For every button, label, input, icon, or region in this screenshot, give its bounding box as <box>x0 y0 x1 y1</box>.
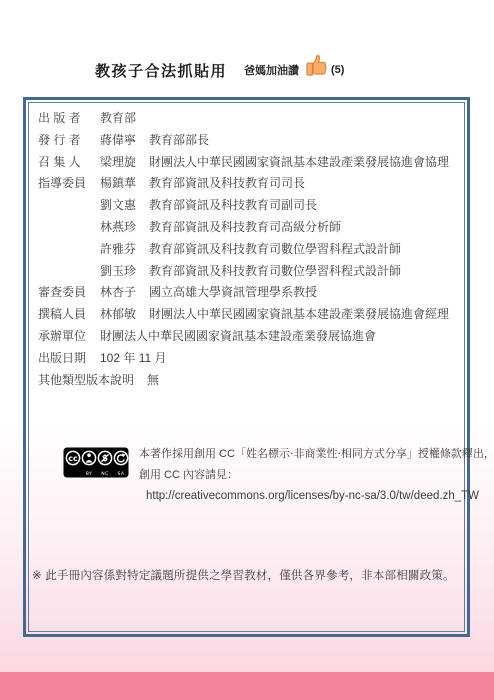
credit-name: 蔣偉寧 <box>100 130 136 152</box>
credit-row: 審查委員林杏子國立高雄大學資訊管理學系教授 <box>38 282 449 304</box>
credit-label: 發 行 者 <box>38 130 87 152</box>
license-section: cc $ BY NC SA <box>63 444 494 507</box>
credit-row: 出版日期102 年 11 月 <box>38 348 449 370</box>
credit-label: 出版日期 <box>38 348 87 370</box>
credit-role: 財團法人中華民國國家資訊基本建設產業發展協進會協理 <box>149 152 449 174</box>
colophon-box: 出 版 者教育部發 行 者蔣偉寧教育部部長召 集 人梁理旋財團法人中華民國國家資… <box>23 97 470 637</box>
credits-list: 出 版 者教育部發 行 者蔣偉寧教育部部長召 集 人梁理旋財團法人中華民國國家資… <box>38 108 449 391</box>
credit-row: 指導委員楊鎮華教育部資訊及科技教育司司長 <box>38 173 449 195</box>
credit-label: 承辦單位 <box>38 326 87 348</box>
credit-label: 其他類型版本說明 <box>38 370 134 392</box>
footer-band <box>0 672 494 700</box>
credit-name: 劉文惠 <box>100 195 136 217</box>
credit-row: 召 集 人梁理旋財團法人中華民國國家資訊基本建設產業發展協進會協理 <box>38 152 449 174</box>
volume-number: (5) <box>331 64 344 76</box>
credit-role: 教育部資訊及科技教育司數位學習科程式設計師 <box>149 239 401 261</box>
license-url[interactable]: http://creativecommons.org/licenses/by-n… <box>139 486 494 507</box>
disclaimer-note: ※ 此手冊內容係對特定議題所提供之學習教材，僅供各界參考，非本部相關政策。 <box>32 567 455 583</box>
license-line2: 創用 CC 內容請見： <box>139 465 494 486</box>
credit-row: 劉玉珍教育部資訊及科技教育司數位學習科程式設計師 <box>38 261 449 283</box>
license-text: 本著作採用創用 CC「姓名標示‧非商業性‧相同方式分享」授權條款釋出， 創用 C… <box>139 444 494 507</box>
svg-text:cc: cc <box>68 454 78 463</box>
credit-row: 發 行 者蔣偉寧教育部部長 <box>38 130 449 152</box>
credit-name: 林杏子 <box>100 282 136 304</box>
svg-text:SA: SA <box>118 471 125 477</box>
credit-label: 審查委員 <box>38 282 87 304</box>
svg-text:NC: NC <box>101 471 108 477</box>
credit-role: 教育部部長 <box>149 130 209 152</box>
page-title: 教孩子合法抓貼用 <box>95 60 227 81</box>
credit-name: 無 <box>147 370 182 392</box>
credit-row: 林燕珍教育部資訊及科技教育司高級分析師 <box>38 217 449 239</box>
credit-role: 教育部資訊及科技教育司高級分析師 <box>149 217 341 239</box>
svg-text:BY: BY <box>86 471 93 477</box>
credit-name: 教育部 <box>100 108 136 130</box>
credit-role: 國立高雄大學資訊管理學系教授 <box>149 282 317 304</box>
credit-role: 教育部資訊及科技教育司副司長 <box>149 195 317 217</box>
credit-name: 林郁敏 <box>100 304 136 326</box>
credit-row: 承辦單位財團法人中華民國國家資訊基本建設產業發展協進會 <box>38 326 449 348</box>
credit-role: 財團法人中華民國國家資訊基本建設產業發展協進會經理 <box>149 304 449 326</box>
page-header: 教孩子合法抓貼用 爸媽加油讚 (5) <box>95 58 344 82</box>
credit-row: 劉文惠教育部資訊及科技教育司副司長 <box>38 195 449 217</box>
credit-label: 召 集 人 <box>38 152 87 174</box>
license-line1: 本著作採用創用 CC「姓名標示‧非商業性‧相同方式分享」授權條款釋出， <box>139 444 494 465</box>
credit-name: 許雅芬 <box>100 239 136 261</box>
credit-row: 許雅芬教育部資訊及科技教育司數位學習科程式設計師 <box>38 239 449 261</box>
credit-name: 林燕珍 <box>100 217 136 239</box>
credit-row: 出 版 者教育部 <box>38 108 449 130</box>
thumbs-up-icon <box>304 52 327 82</box>
document-page: 教孩子合法抓貼用 爸媽加油讚 (5) 出 版 者教育部發 行 者蔣偉寧教育部部長… <box>0 0 494 700</box>
credit-name: 102 年 11 月 <box>100 348 166 370</box>
credit-label: 出 版 者 <box>38 108 87 130</box>
colophon-box-inner: 出 版 者教育部發 行 者蔣偉寧教育部部長召 集 人梁理旋財團法人中華民國國家資… <box>28 102 465 632</box>
credit-role: 教育部資訊及科技教育司數位學習科程式設計師 <box>149 261 401 283</box>
credit-name: 劉玉珍 <box>100 261 136 283</box>
credit-label: 撰稿人員 <box>38 304 87 326</box>
credit-label: 指導委員 <box>38 173 87 195</box>
credit-name: 梁理旋 <box>100 152 136 174</box>
credit-row: 其他類型版本說明無 <box>38 370 449 392</box>
credit-name: 楊鎮華 <box>100 173 136 195</box>
credit-role: 教育部資訊及科技教育司司長 <box>149 173 305 195</box>
credit-row: 撰稿人員林郁敏財團法人中華民國國家資訊基本建設產業發展協進會經理 <box>38 304 449 326</box>
series-subtitle: 爸媽加油讚 <box>244 62 299 78</box>
credit-name: 財團法人中華民國國家資訊基本建設產業發展協進會 <box>100 326 376 348</box>
cc-by-nc-sa-badge-icon: cc $ BY NC SA <box>63 447 129 483</box>
